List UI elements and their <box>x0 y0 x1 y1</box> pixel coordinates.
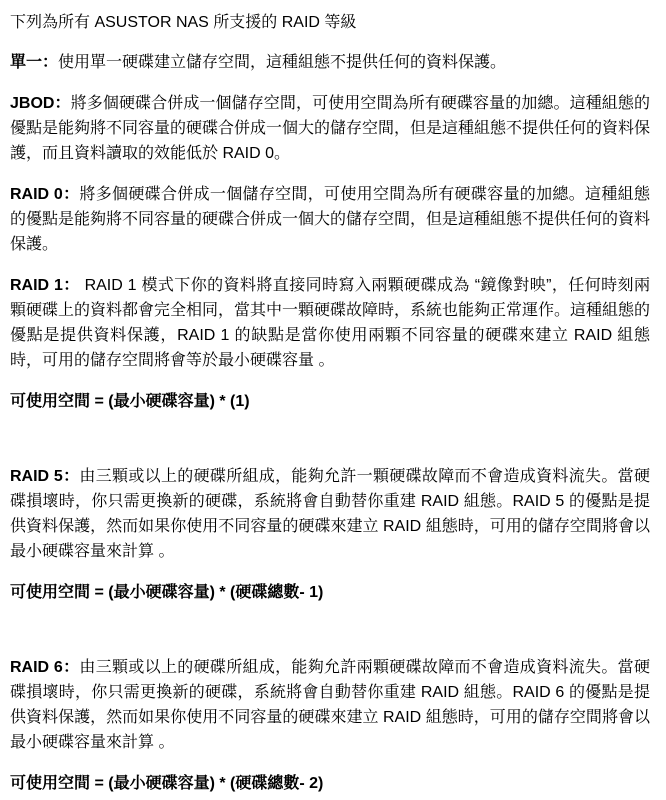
section-raid1: RAID 1： RAID 1 模式下你的資料將直接同時寫入兩顆硬碟成為 “鏡像對… <box>10 273 650 373</box>
section-jbod: JBOD：將多個硬碟合併成一個儲存空間，可使用空間為所有硬碟容量的加總。這種組態… <box>10 91 650 166</box>
section-jbod-label: JBOD： <box>10 95 71 112</box>
section-single-body: 使用單一硬碟建立儲存空間，這種組態不提供任何的資料保護。 <box>58 54 506 71</box>
section-raid1-label: RAID 1： <box>10 277 80 294</box>
section-raid6-label: RAID 6： <box>10 659 79 676</box>
section-raid0-label: RAID 0： <box>10 186 79 203</box>
section-raid5-body: 由三顆或以上的硬碟所組成，能夠允許一顆硬碟故障而不會造成資料流失。當硬碟損壞時，… <box>10 468 650 560</box>
raid6-capacity-formula: 可使用空間 = (最小硬碟容量) * (硬碟總數- 2) <box>10 771 650 796</box>
section-single-label: 單一： <box>10 54 58 71</box>
section-raid6-body: 由三顆或以上的硬碟所組成，能夠允許兩顆硬碟故障而不會造成資料流失。當硬碟損壞時，… <box>10 659 650 751</box>
section-raid1-body: RAID 1 模式下你的資料將直接同時寫入兩顆硬碟成為 “鏡像對映”，任何時刻兩… <box>10 277 650 369</box>
section-single: 單一：使用單一硬碟建立儲存空間，這種組態不提供任何的資料保護。 <box>10 50 650 75</box>
section-raid5: RAID 5：由三顆或以上的硬碟所組成，能夠允許一顆硬碟故障而不會造成資料流失。… <box>10 464 650 564</box>
page-title: 下列為所有 ASUSTOR NAS 所支援的 RAID 等級 <box>10 10 650 35</box>
raid1-capacity-formula: 可使用空間 = (最小硬碟容量) * (1) <box>10 389 650 414</box>
section-jbod-body: 將多個硬碟合併成一個儲存空間，可使用空間為所有硬碟容量的加總。這種組態的優點是能… <box>10 95 650 162</box>
raid5-capacity-formula: 可使用空間 = (最小硬碟容量) * (硬碟總數- 1) <box>10 580 650 605</box>
raid-levels-document: 下列為所有 ASUSTOR NAS 所支援的 RAID 等級 單一：使用單一硬碟… <box>0 0 666 800</box>
section-raid5-label: RAID 5： <box>10 468 79 485</box>
section-raid6: RAID 6：由三顆或以上的硬碟所組成，能夠允許兩顆硬碟故障而不會造成資料流失。… <box>10 655 650 755</box>
section-raid0: RAID 0：將多個硬碟合併成一個儲存空間，可使用空間為所有硬碟容量的加總。這種… <box>10 182 650 257</box>
section-raid0-body: 將多個硬碟合併成一個儲存空間，可使用空間為所有硬碟容量的加總。這種組態的優點是能… <box>10 186 650 253</box>
